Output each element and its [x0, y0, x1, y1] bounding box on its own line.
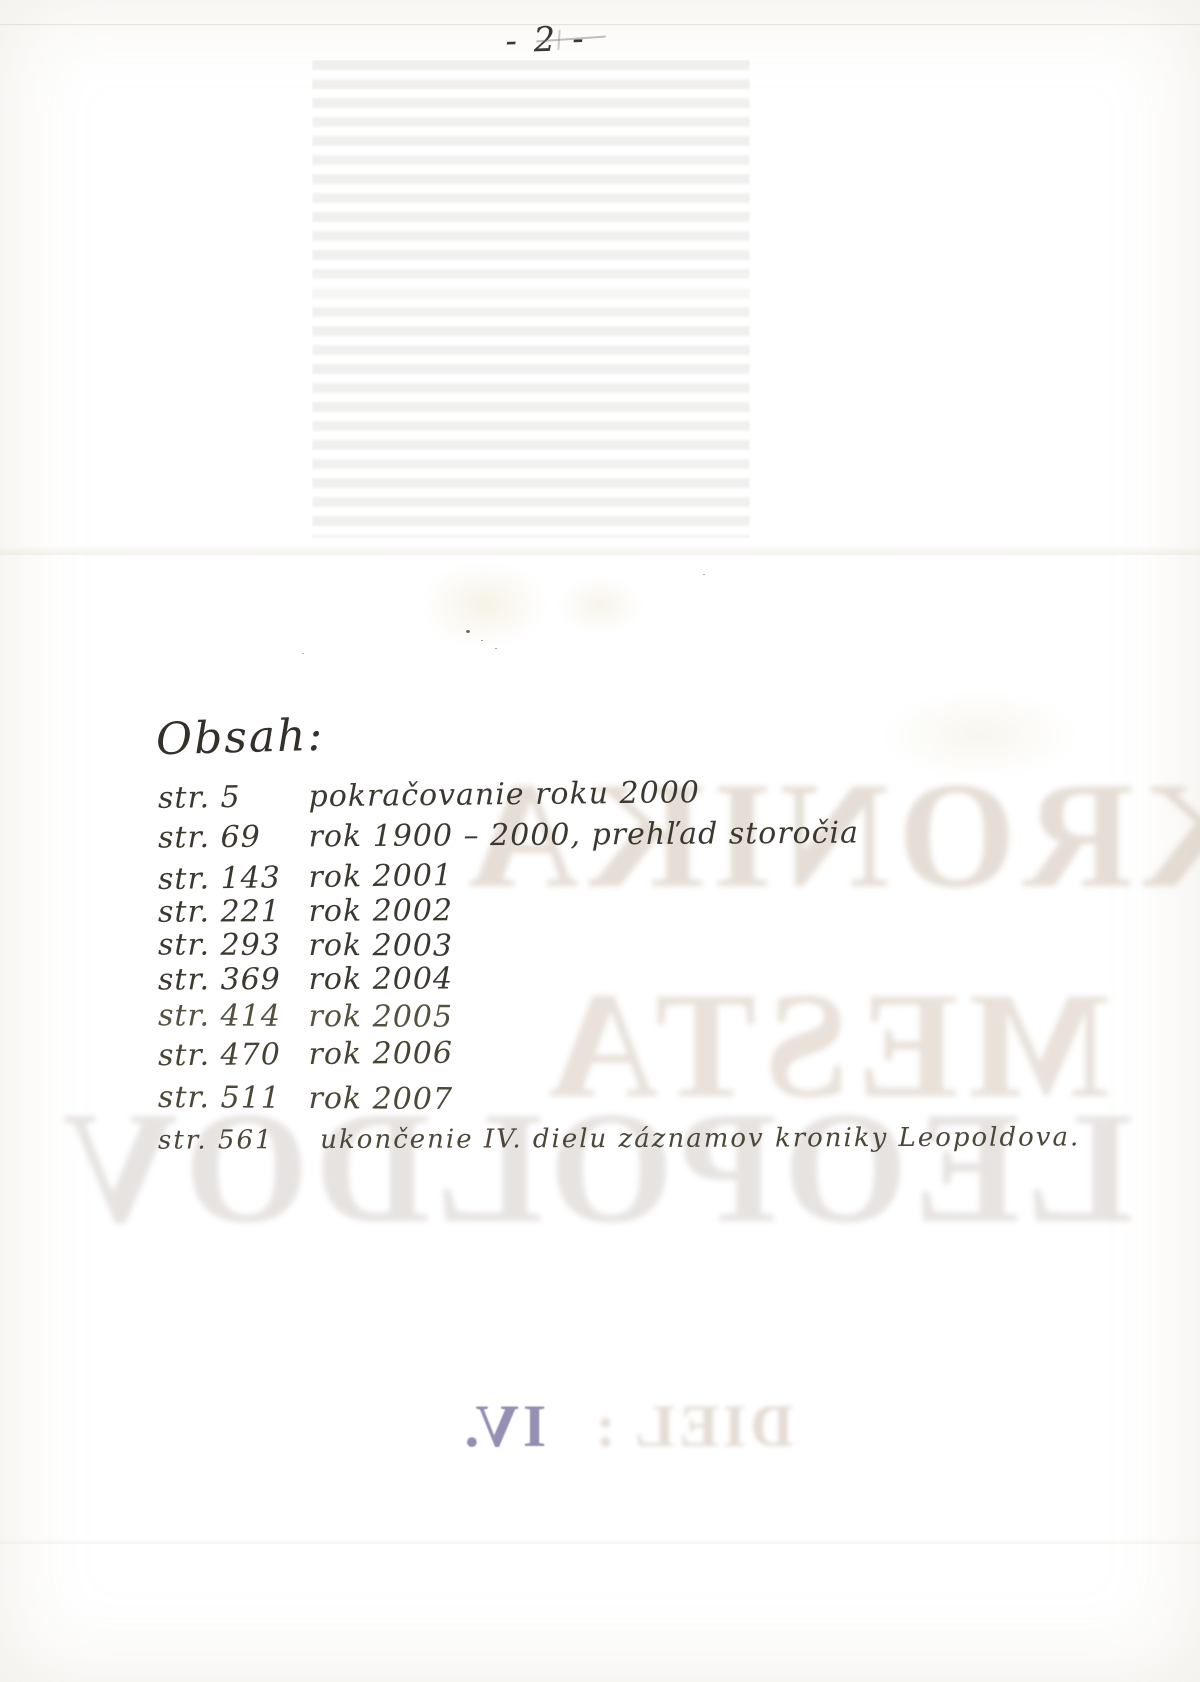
bleed-through-title-mesta: MESTA — [610, 958, 1110, 1132]
paper-crease-middle — [0, 545, 1200, 555]
toc-entry-title: rok 2005 — [308, 999, 453, 1035]
toc-entry-page: str. 5 — [158, 779, 298, 815]
toc-entry: str. 221 rok 2002 — [158, 893, 453, 930]
toc-heading: Obsah: — [155, 710, 324, 765]
toc-entry-page: str. 369 — [158, 962, 298, 997]
toc-entry: str. 369 rok 2004 — [158, 961, 453, 997]
bleed-through-volume-word: DIEL : — [591, 1393, 793, 1459]
bleed-through-volume-label: DIEL : IV. — [452, 1392, 802, 1461]
toc-entry: str. 143 rok 2001 — [158, 858, 453, 897]
toc-entry-title: ukončenie IV. dielu záznamov kroniky Leo… — [320, 1122, 1080, 1155]
paper-stain — [555, 575, 645, 635]
toc-entry-title: rok 1900 – 2000, prehľad storočia — [308, 816, 859, 855]
toc-entry: str. 511 rok 2007 — [158, 1080, 453, 1117]
bleed-through-text-block — [312, 60, 750, 538]
toc-entry: str. 69 rok 1900 – 2000, prehľad storoči… — [158, 816, 859, 856]
toc-entry-page: str. 470 — [158, 1037, 298, 1073]
toc-entry-title: rok 2002 — [308, 893, 453, 929]
toc-entry-title: rok 2001 — [308, 858, 453, 895]
toc-entry: str. 5 pokračovanie roku 2000 — [158, 775, 700, 816]
toc-entry-title: rok 2007 — [308, 1081, 453, 1117]
paper-stain — [880, 690, 1080, 780]
bleed-through-volume-numeral: IV. — [460, 1393, 572, 1459]
paper-specks — [466, 630, 470, 633]
toc-entry-title: pokračovanie roku 2000 — [308, 775, 700, 814]
toc-entry-page: str. 511 — [158, 1080, 298, 1116]
paper-stain — [420, 560, 550, 650]
toc-entry-page: str. 221 — [158, 894, 298, 930]
toc-entry-page: str. 293 — [158, 927, 298, 962]
toc-entry: str. 414 rok 2005 — [158, 998, 453, 1035]
toc-entry: str. 561 ukončenie IV. dielu záznamov kr… — [158, 1122, 1080, 1155]
toc-entry-title: rok 2004 — [308, 961, 453, 997]
paper-crease-bottom — [0, 1538, 1200, 1544]
toc-entry-page: str. 143 — [158, 860, 298, 897]
toc-entry: str. 293 rok 2003 — [158, 927, 453, 963]
toc-entry-page: str. 69 — [158, 819, 298, 855]
scanned-document-page: - 2 - KRONIKA MESTA LEOPOLDOV DIEL : IV.… — [0, 0, 1200, 1682]
toc-entry-page: str. 414 — [158, 998, 298, 1034]
toc-entry: str. 470 rok 2006 — [158, 1036, 453, 1074]
toc-entry-title: rok 2003 — [308, 928, 453, 964]
toc-entry-page: str. 561 — [158, 1125, 310, 1156]
toc-entry-title: rok 2006 — [308, 1036, 453, 1072]
